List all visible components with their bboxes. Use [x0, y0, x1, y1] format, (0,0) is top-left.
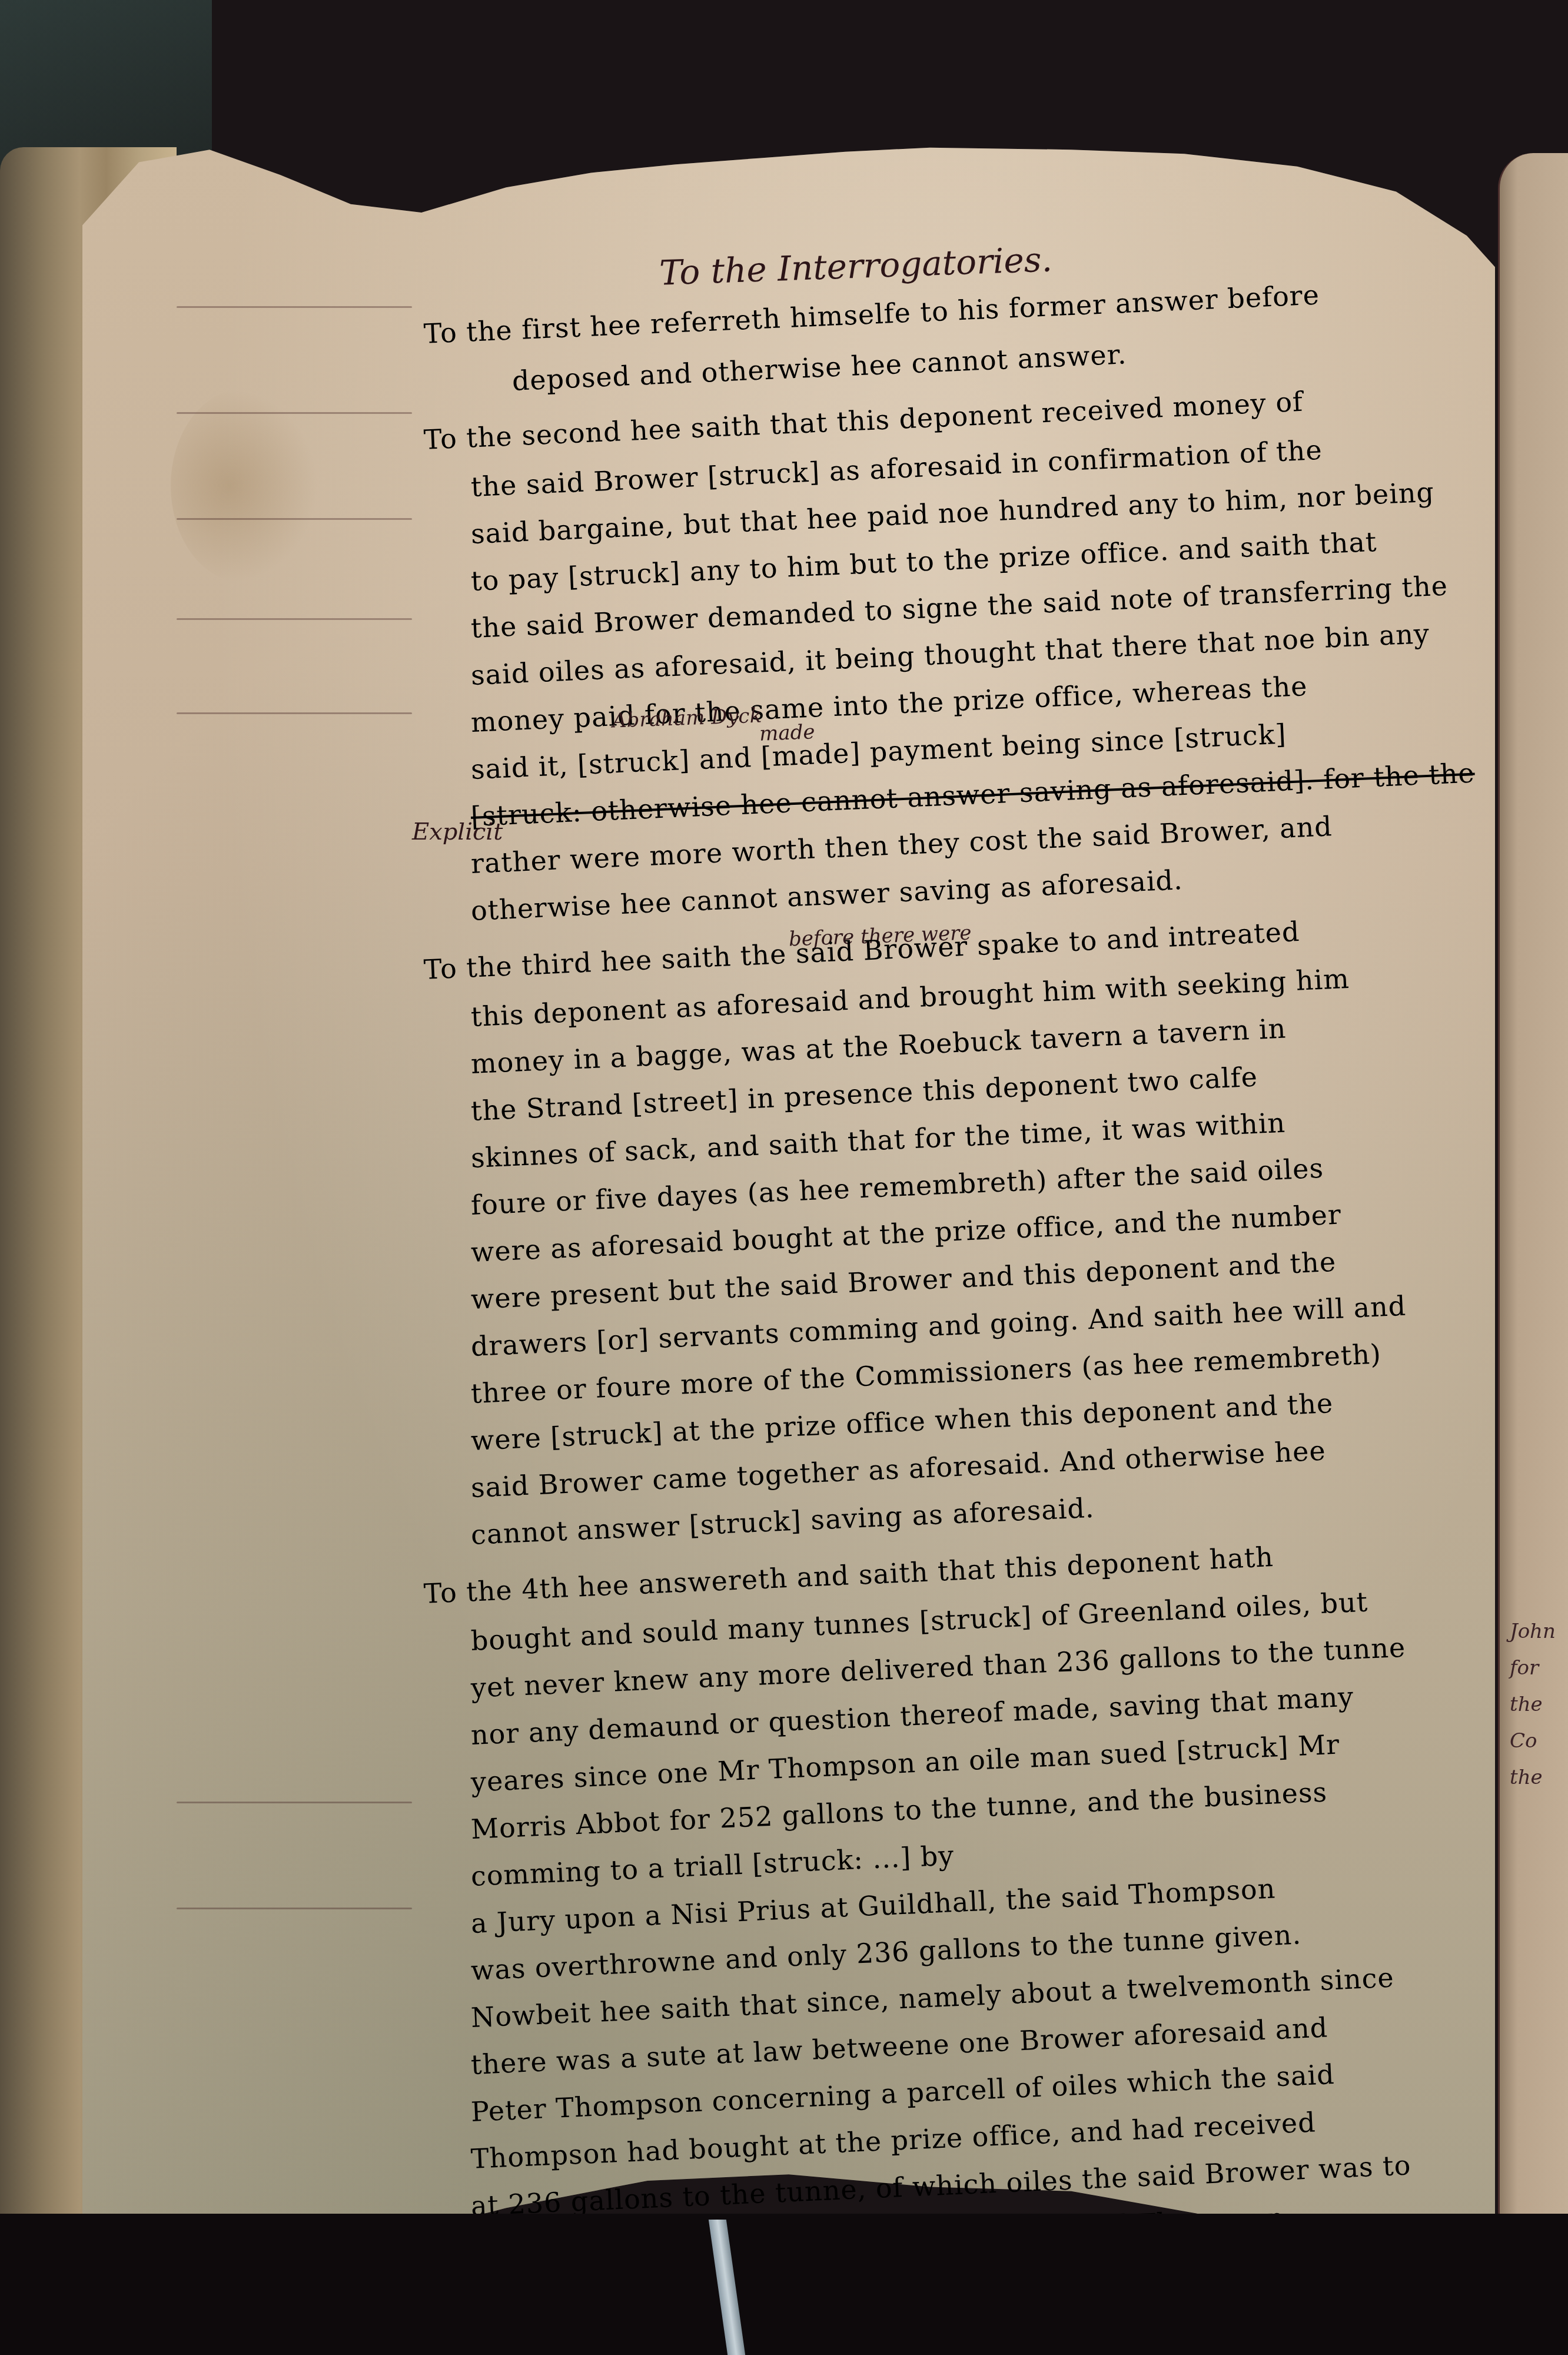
background-bottom	[0, 2214, 1568, 2355]
facing-note: the	[1510, 1759, 1568, 1796]
show-through-line	[177, 412, 412, 414]
margin-note: Explicit	[412, 818, 503, 845]
show-through-line	[177, 618, 412, 620]
facing-page	[1498, 153, 1568, 2273]
show-through-line	[177, 518, 412, 520]
facing-note: Co	[1510, 1723, 1568, 1759]
facing-page-margin-text: John for the Co the	[1510, 1613, 1568, 1796]
water-stain	[171, 389, 318, 583]
facing-note: for the	[1510, 1650, 1568, 1723]
show-through-line	[177, 1802, 412, 1803]
show-through-line	[177, 306, 412, 308]
show-through-line	[177, 1908, 412, 1909]
show-through-line	[177, 712, 412, 714]
facing-note: John	[1510, 1613, 1568, 1650]
